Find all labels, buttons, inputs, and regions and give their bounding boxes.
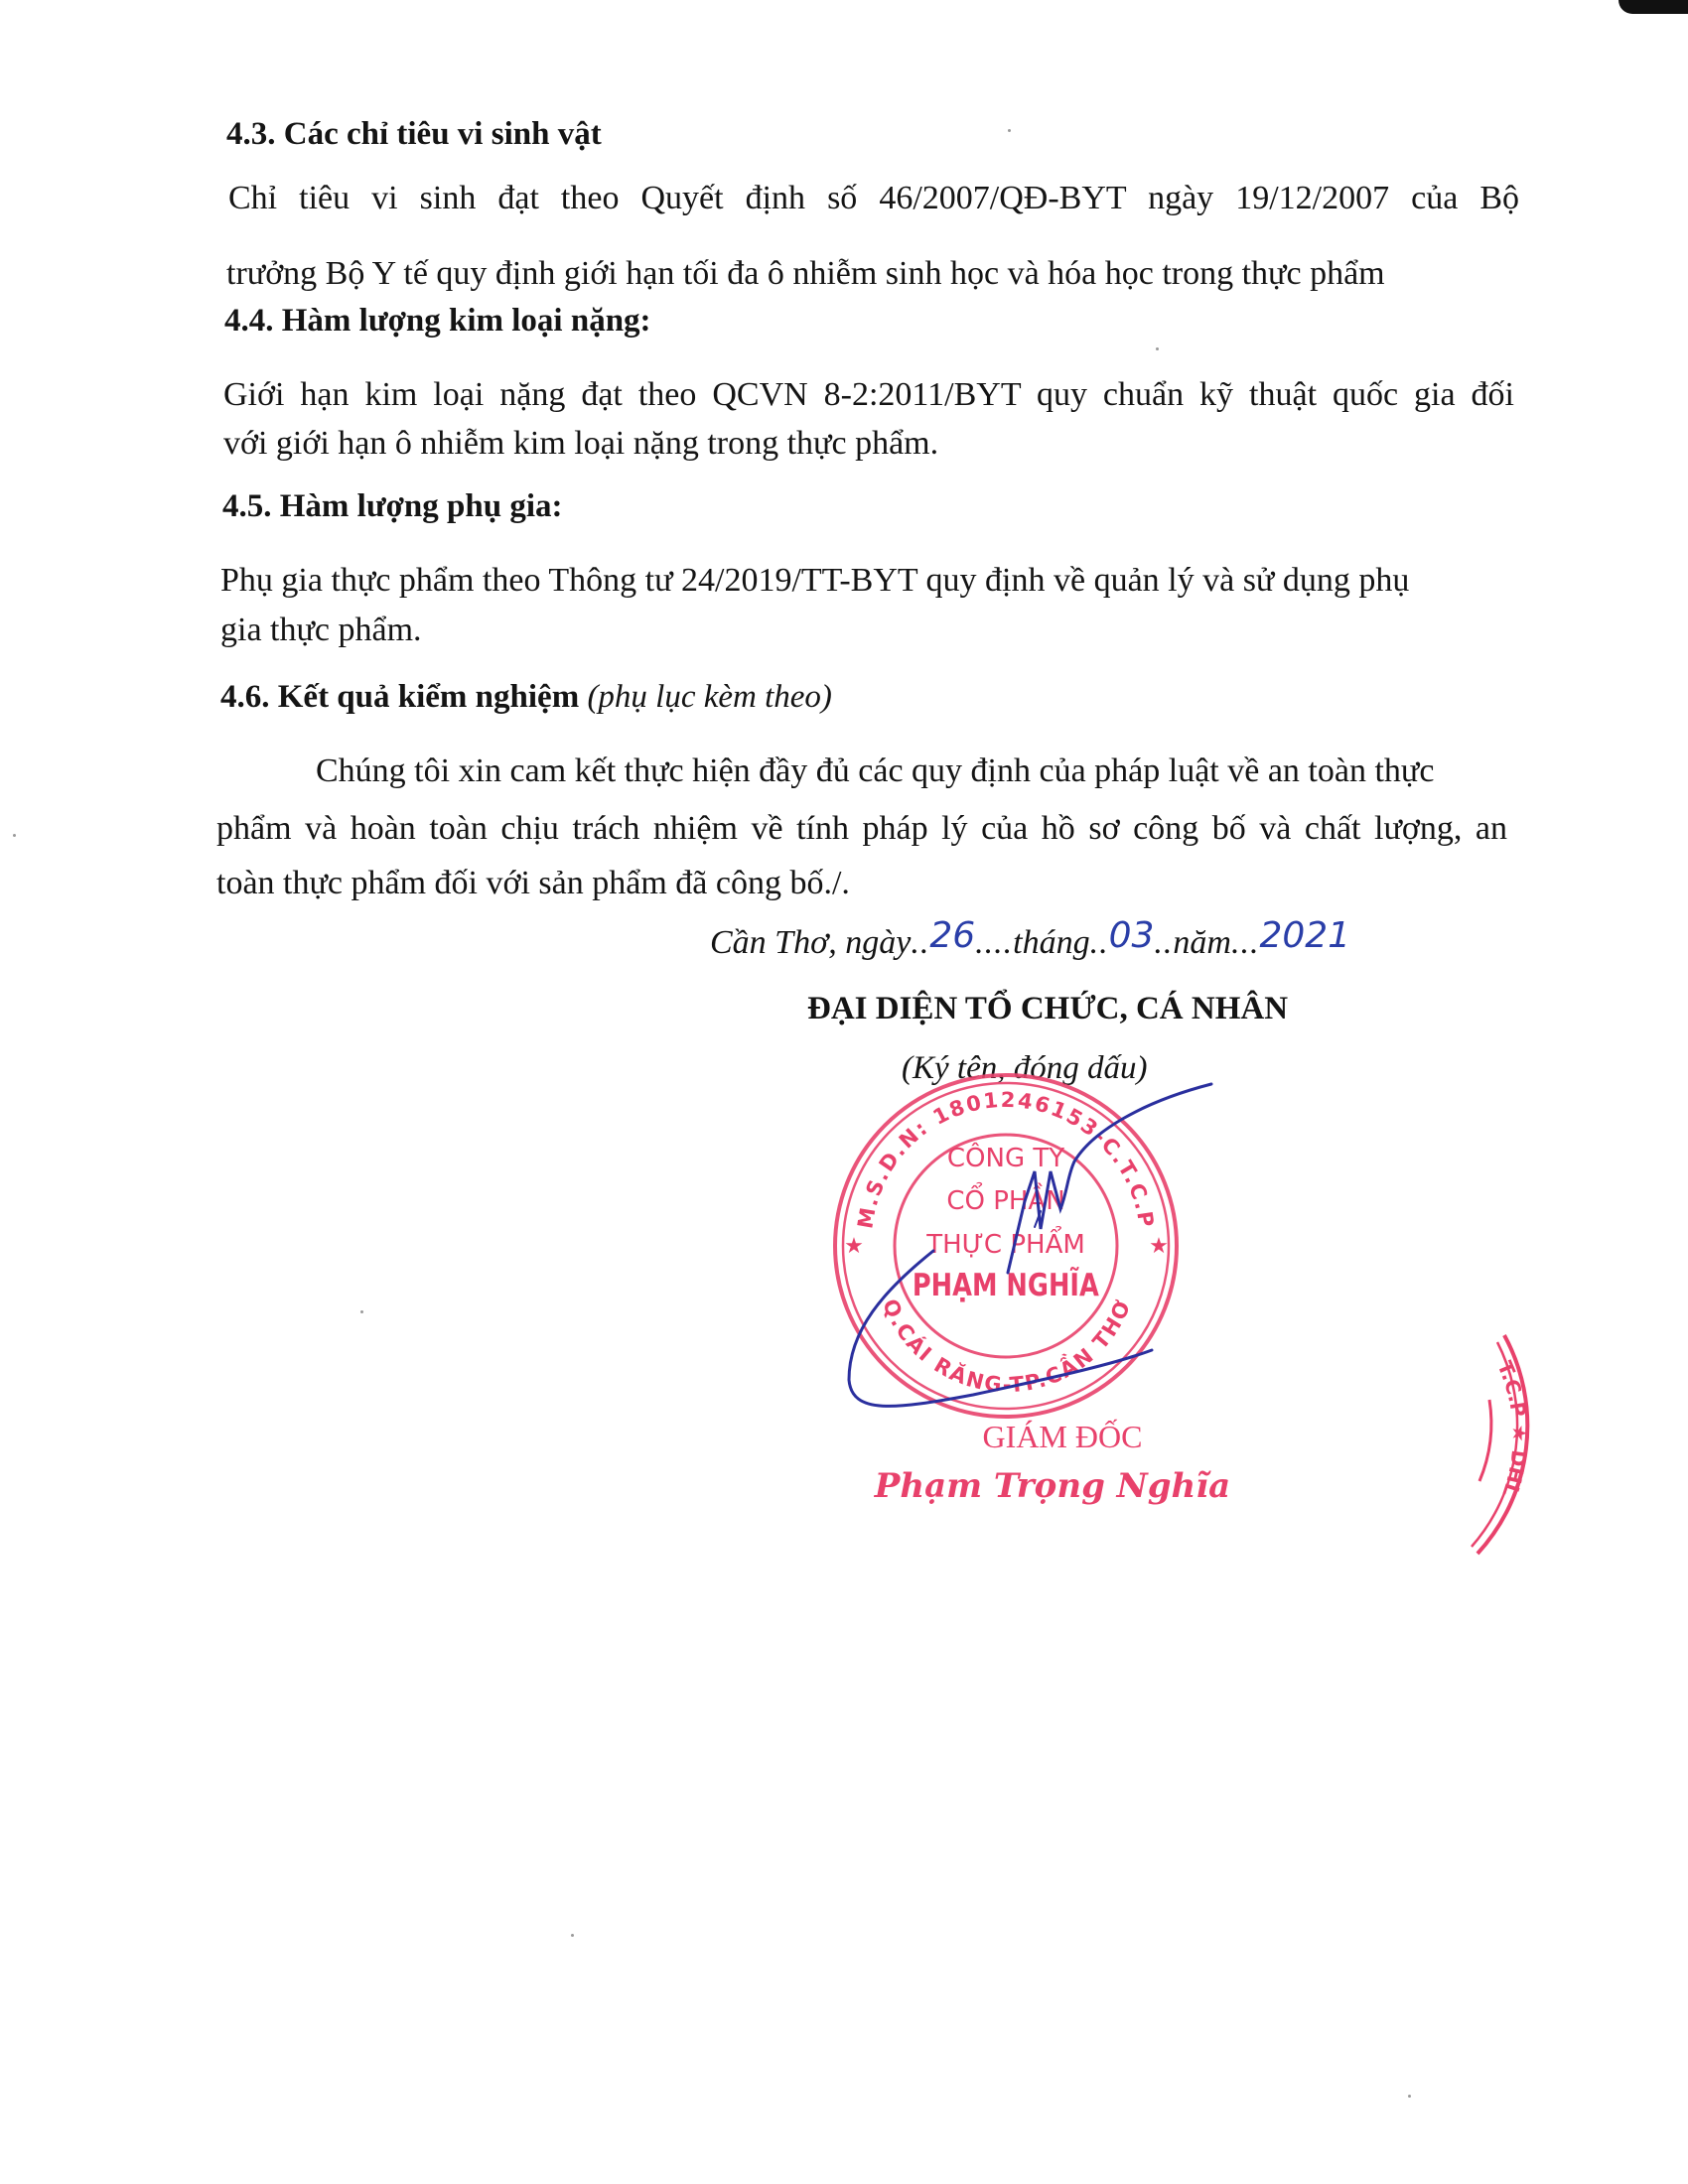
company-stamp: M.S.D.N: 1801246153-C.T.C.P Q.CÁI RĂNG-T…	[814, 1052, 1231, 1489]
heading-4-3: 4.3. Các chỉ tiêu vi sinh vật	[226, 114, 602, 154]
section-4-4-line-1: Giới hạn kim loại nặng đạt theo QCVN 8-2…	[223, 375, 1514, 415]
scan-speck	[1008, 129, 1011, 132]
year-label: năm	[1173, 924, 1231, 961]
scan-corner-mark	[1618, 0, 1688, 14]
heading-4-6-text: 4.6. Kết quả kiểm nghiệm	[220, 679, 579, 715]
scan-speck	[571, 1934, 574, 1937]
dots: ..	[911, 924, 929, 961]
heading-4-6-note: (phụ lục kèm theo)	[587, 679, 832, 715]
signer-name: Phạm Trọng Nghĩa	[874, 1466, 1230, 1506]
commitment-line-3: toàn thực phẩm đối với sản phẩm đã công …	[216, 864, 850, 903]
scan-speck	[1156, 347, 1159, 350]
stamp-title: GIÁM ĐỐC	[983, 1419, 1143, 1454]
partial-stamp: T.C.P ★ DHL	[1450, 1310, 1688, 1569]
heading-4-5: 4.5. Hàm lượng phụ gia:	[222, 486, 562, 526]
scan-speck	[1408, 2095, 1411, 2098]
month-label: tháng	[1013, 924, 1089, 961]
document-page: 4.3. Các chỉ tiêu vi sinh vật Chỉ tiêu v…	[0, 0, 1688, 2184]
representative-title: ĐẠI DIỆN TỔ CHỨC, CÁ NHÂN	[807, 991, 1288, 1027]
dots: ...	[1231, 924, 1260, 961]
stamp-star-icon: ★	[1149, 1234, 1169, 1259]
dots: ....	[975, 924, 1013, 961]
stamp-center-line-4: PHẠM NGHĨA	[913, 1267, 1099, 1303]
date-place-label: Cần Thơ, ngày	[710, 924, 911, 961]
commitment-line-2: phẩm và hoàn toàn chịu trách nhiệm về tí…	[216, 809, 1507, 849]
stamp-center-line-1: CÔNG TY	[947, 1142, 1064, 1173]
section-4-5-line-1: Phụ gia thực phẩm theo Thông tư 24/2019/…	[220, 561, 1409, 601]
section-4-3-line-2: trưởng Bộ Y tế quy định giới hạn tối đa …	[226, 254, 1385, 294]
section-4-5-line-2: gia thực phẩm.	[220, 611, 422, 650]
section-4-3-line-1: Chỉ tiêu vi sinh đạt theo Quyết định số …	[228, 179, 1519, 218]
scan-speck	[360, 1310, 363, 1313]
stamp-star-icon: ★	[844, 1234, 864, 1259]
heading-4-4: 4.4. Hàm lượng kim loại nặng:	[224, 301, 651, 341]
scan-speck	[13, 834, 16, 837]
handwritten-month: 03	[1109, 915, 1155, 956]
commitment-line-1: Chúng tôi xin cam kết thực hiện đầy đủ c…	[316, 751, 1434, 791]
dots: ..	[1154, 924, 1173, 961]
handwritten-year: 2021	[1259, 915, 1350, 956]
dots: ..	[1090, 924, 1109, 961]
stamp-center-line-3: THỰC PHẨM	[925, 1225, 1085, 1260]
heading-4-6: 4.6. Kết quả kiểm nghiệm (phụ lục kèm th…	[220, 677, 832, 717]
section-4-4-line-2: với giới hạn ô nhiễm kim loại nặng trong…	[223, 424, 938, 464]
handwritten-day: 26	[929, 915, 975, 956]
date-line: Cần Thơ, ngày..26....tháng..03..năm...20…	[710, 921, 1350, 962]
